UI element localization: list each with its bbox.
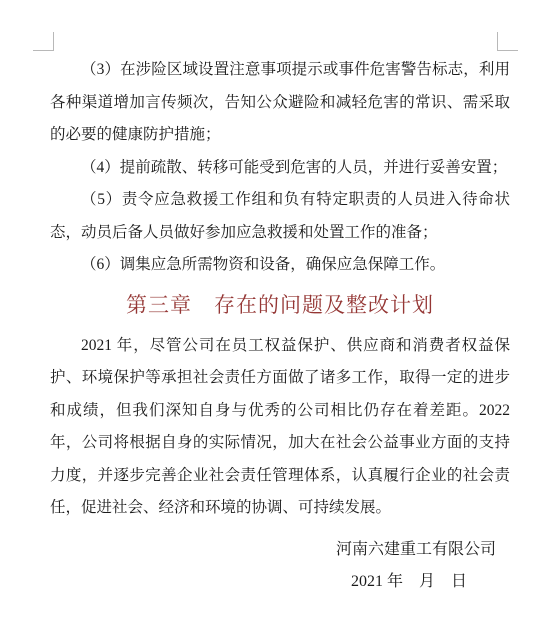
signature-date: 2021 年 月 日 bbox=[50, 566, 510, 599]
chapter-heading: 第三章 存在的问题及整改计划 bbox=[50, 288, 510, 322]
signature-company-name: 河南六建重工有限公司 bbox=[50, 534, 510, 567]
closing-paragraph: 2021 年，尽管公司在员工权益保护、供应商和消费者权益保护、环境保护等承担社会… bbox=[50, 330, 510, 525]
signature-block: 河南六建重工有限公司 2021 年 月 日 bbox=[50, 534, 510, 599]
body-paragraph: （3）在涉险区域设置注意事项提示或事件危害警告标志，利用各种渠道增加言传频次，告… bbox=[50, 54, 510, 152]
page-margin-corner-mark-left bbox=[33, 32, 54, 51]
body-paragraph: （6）调集应急所需物资和设备，确保应急保障工作。 bbox=[50, 249, 510, 282]
document-text-block: （3）在涉险区域设置注意事项提示或事件危害警告标志，利用各种渠道增加言传频次，告… bbox=[50, 54, 510, 599]
body-paragraph: （4）提前疏散、转移可能受到危害的人员，并进行妥善安置； bbox=[50, 152, 510, 185]
page-margin-corner-mark-right bbox=[497, 32, 518, 51]
document-page: （3）在涉险区域设置注意事项提示或事件危害警告标志，利用各种渠道增加言传频次，告… bbox=[0, 0, 549, 635]
body-paragraph: （5）责令应急救援工作组和负有特定职责的人员进入待命状态，动员后备人员做好参加应… bbox=[50, 184, 510, 249]
